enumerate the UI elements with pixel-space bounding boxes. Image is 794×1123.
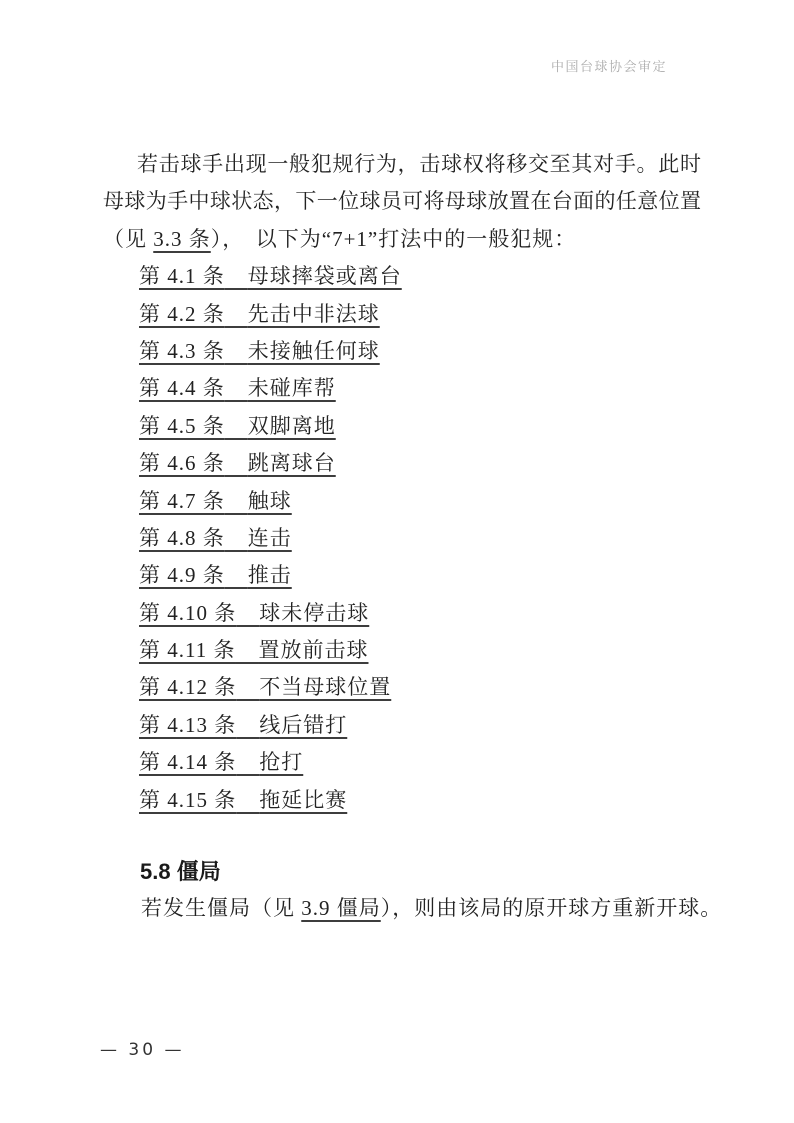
rule-link-4-5[interactable]: 第 4.5 条 双脚离地	[139, 414, 336, 438]
rule-link-4-8[interactable]: 第 4.8 条 连击	[139, 526, 292, 550]
rule-article: 第 4.5 条	[139, 414, 225, 438]
rule-article: 第 4.15 条	[139, 788, 236, 812]
rule-article: 第 4.1 条	[139, 264, 225, 288]
section-paragraph: 若发生僵局（见 3.9 僵局），则由该局的原开球方重新开球。	[103, 889, 701, 927]
rule-article: 第 4.13 条	[139, 713, 236, 737]
intro-line-3: （见 3.3 条）， 以下为“7+1”打法中的一般犯规：	[103, 221, 701, 258]
rule-title: 未碰库帮	[248, 376, 336, 400]
rule-article: 第 4.3 条	[139, 339, 225, 363]
ref-link-3-3[interactable]: 3.3 条	[153, 227, 211, 251]
rule-title: 先击中非法球	[248, 302, 380, 326]
rule-link-4-14[interactable]: 第 4.14 条 抢打	[139, 750, 303, 774]
rule-title: 置放前击球	[258, 638, 368, 662]
rule-article: 第 4.2 条	[139, 302, 225, 326]
page-number: — 30 —	[100, 1040, 184, 1060]
rule-link-4-2[interactable]: 第 4.2 条 先击中非法球	[139, 302, 380, 326]
rule-title: 线后错打	[259, 713, 347, 737]
rule-item: 第 4.9 条 推击	[103, 557, 701, 594]
section-body-prefix: 若发生僵局（见	[141, 896, 301, 920]
rules-list: 第 4.1 条 母球摔袋或离台第 4.2 条 先击中非法球第 4.3 条 未接触…	[103, 258, 701, 819]
rule-item: 第 4.4 条 未碰库帮	[103, 370, 701, 407]
intro-line-1: 若击球手出现一般犯规行为，击球权将移交至其对手。此时	[103, 146, 701, 183]
rule-item: 第 4.11 条 置放前击球	[103, 632, 701, 669]
rule-item: 第 4.13 条 线后错打	[103, 707, 701, 744]
intro-line-3-prefix: （见	[103, 227, 153, 251]
rule-title: 抢打	[259, 750, 303, 774]
rule-link-4-7[interactable]: 第 4.7 条 触球	[139, 489, 292, 513]
rule-item: 第 4.6 条 跳离球台	[103, 445, 701, 482]
intro-line-2: 母球为手中球状态，下一位球员可将母球放置在台面的任意位置	[103, 183, 701, 220]
rule-title: 未接触任何球	[248, 339, 380, 363]
rule-item: 第 4.7 条 触球	[103, 483, 701, 520]
rule-title: 双脚离地	[248, 414, 336, 438]
rule-item: 第 4.1 条 母球摔袋或离台	[103, 258, 701, 295]
rule-article: 第 4.6 条	[139, 451, 225, 475]
rule-link-4-10[interactable]: 第 4.10 条 球未停击球	[139, 601, 369, 625]
rule-article: 第 4.7 条	[139, 489, 225, 513]
rule-title: 球未停击球	[259, 601, 369, 625]
rule-title: 推击	[248, 563, 292, 587]
rule-title: 跳离球台	[248, 451, 336, 475]
rule-article: 第 4.4 条	[139, 376, 225, 400]
rule-link-4-11[interactable]: 第 4.11 条 置放前击球	[139, 638, 368, 662]
rule-article: 第 4.14 条	[139, 750, 236, 774]
rule-item: 第 4.2 条 先击中非法球	[103, 296, 701, 333]
rule-link-4-6[interactable]: 第 4.6 条 跳离球台	[139, 451, 336, 475]
rule-article: 第 4.8 条	[139, 526, 225, 550]
rule-link-4-4[interactable]: 第 4.4 条 未碰库帮	[139, 376, 336, 400]
rule-title: 触球	[248, 489, 292, 513]
document-page: 中国台球协会审定 若击球手出现一般犯规行为，击球权将移交至其对手。此时 母球为手…	[0, 0, 794, 1123]
section-heading: 5.8 僵局	[103, 857, 701, 887]
rule-article: 第 4.9 条	[139, 563, 225, 587]
rule-link-4-9[interactable]: 第 4.9 条 推击	[139, 563, 292, 587]
rule-article: 第 4.12 条	[139, 675, 236, 699]
body-content: 若击球手出现一般犯规行为，击球权将移交至其对手。此时 母球为手中球状态，下一位球…	[103, 146, 701, 819]
rule-item: 第 4.10 条 球未停击球	[103, 595, 701, 632]
rule-item: 第 4.3 条 未接触任何球	[103, 333, 701, 370]
rule-article: 第 4.10 条	[139, 601, 236, 625]
rule-link-4-3[interactable]: 第 4.3 条 未接触任何球	[139, 339, 380, 363]
rule-item: 第 4.15 条 拖延比赛	[103, 782, 701, 819]
rule-link-4-13[interactable]: 第 4.13 条 线后错打	[139, 713, 347, 737]
rule-item: 第 4.5 条 双脚离地	[103, 408, 701, 445]
rule-item: 第 4.12 条 不当母球位置	[103, 669, 701, 706]
ref-link-3-9[interactable]: 3.9 僵局	[301, 896, 381, 920]
intro-line-3-suffix: ）， 以下为“7+1”打法中的一般犯规：	[211, 227, 576, 251]
rule-item: 第 4.14 条 抢打	[103, 744, 701, 781]
rule-link-4-12[interactable]: 第 4.12 条 不当母球位置	[139, 675, 391, 699]
section-5-8: 5.8 僵局 若发生僵局（见 3.9 僵局），则由该局的原开球方重新开球。	[103, 857, 701, 927]
rule-link-4-1[interactable]: 第 4.1 条 母球摔袋或离台	[139, 264, 402, 288]
rule-item: 第 4.8 条 连击	[103, 520, 701, 557]
header-watermark: 中国台球协会审定	[551, 56, 667, 75]
rule-title: 连击	[248, 526, 292, 550]
rule-title: 母球摔袋或离台	[248, 264, 402, 288]
rule-title: 不当母球位置	[259, 675, 391, 699]
rule-article: 第 4.11 条	[139, 638, 235, 662]
rule-link-4-15[interactable]: 第 4.15 条 拖延比赛	[139, 788, 347, 812]
section-body-suffix: ），则由该局的原开球方重新开球。	[381, 896, 723, 920]
rule-title: 拖延比赛	[259, 788, 347, 812]
